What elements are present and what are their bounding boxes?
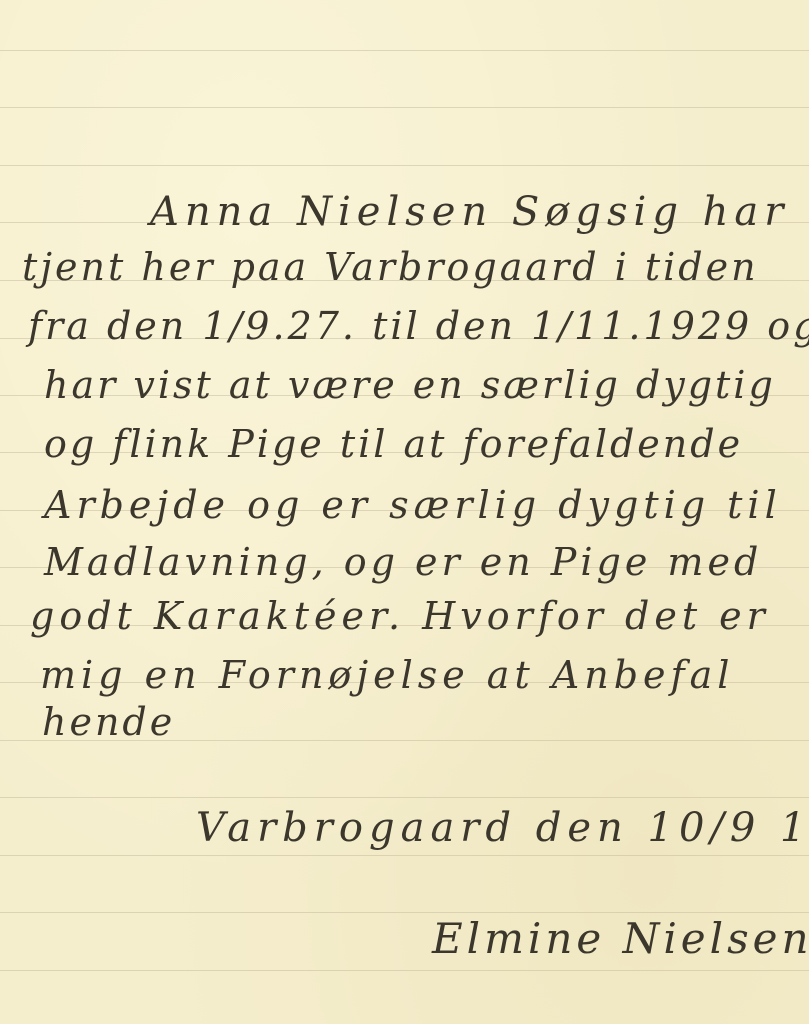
letter-body-line: fra den 1/9.27. til den 1/11.1929 og	[28, 307, 809, 345]
ruled-line	[0, 855, 809, 856]
letter-body-line: Madlavning, og er en Pige med	[44, 543, 762, 581]
letter-body-line: godt Karaktéer. Hvorfor det er	[30, 597, 770, 635]
dateline: Varbrogaard den 10/9 1931	[196, 808, 809, 848]
ruled-line	[0, 165, 809, 166]
signature: Elmine Nielsen	[432, 918, 809, 960]
letter-page: Anna Nielsen Søgsig har tjent her paa Va…	[0, 0, 809, 1024]
letter-body-line: Arbejde og er særlig dygtig til	[44, 486, 782, 524]
letter-body-line: hende	[42, 703, 175, 741]
letter-body-line: mig en Fornøjelse at Anbefal	[40, 656, 734, 694]
ruled-line	[0, 970, 809, 971]
ruled-line	[0, 50, 809, 51]
ruled-line	[0, 912, 809, 913]
letter-body-line: og flink Pige til at forefaldende	[44, 425, 743, 463]
letter-body-line: tjent her paa Varbrogaard i tiden	[22, 248, 759, 286]
ruled-line	[0, 107, 809, 108]
ruled-line	[0, 797, 809, 798]
letter-body-line: Anna Nielsen Søgsig har	[150, 192, 789, 232]
letter-body-line: har vist at være en særlig dygtig	[44, 366, 776, 404]
